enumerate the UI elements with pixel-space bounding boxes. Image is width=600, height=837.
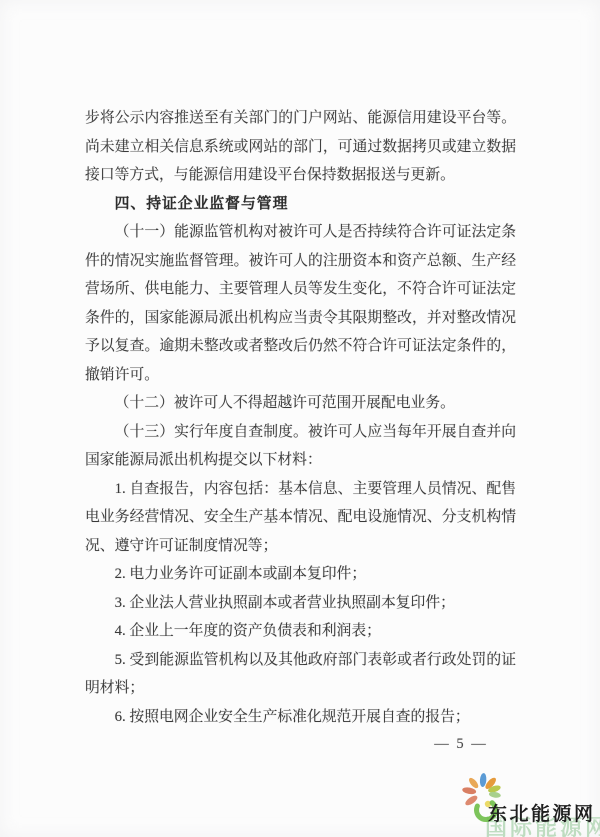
section-heading: 四、持证企业监督与管理: [85, 190, 516, 219]
list-item-6: 6. 按照电网企业安全生产标准化规范开展自查的报告；: [85, 703, 516, 732]
page-number: — 5 —: [425, 736, 497, 753]
list-item-2: 2. 电力业务许可证副本或副本复印件；: [85, 560, 516, 589]
scanned-document-page: 步将公示内容推送至有关部门的门户网站、能源信用建设平台等。尚未建立相关信息系统或…: [0, 0, 600, 837]
list-item-1: 1. 自查报告，内容包括：基本信息、主要管理人员情况、配售电业务经营情况、安全生…: [85, 475, 516, 561]
list-item-3: 3. 企业法人营业执照副本或者营业执照副本复印件；: [85, 589, 516, 618]
watermark-site-name: 东北能源网: [488, 799, 596, 826]
list-item-4: 4. 企业上一年度的资产负债表和利润表；: [85, 617, 516, 646]
paragraph-item-13: （十三）实行年度自查制度。被许可人应当每年开展自查并向国家能源局派出机构提交以下…: [85, 418, 516, 475]
paragraph-item-11: （十一）能源监管机构对被许可人是否持续符合许可证法定条件的情况实施监督管理。被许…: [85, 218, 516, 389]
site-watermark: 国际能源网 东北能源网: [455, 768, 600, 837]
paragraph-item-12: （十二）被许可人不得超越许可范围开展配电业务。: [85, 389, 516, 418]
list-item-5: 5. 受到能源监管机构以及其他政府部门表彰或者行政处罚的证明材料；: [85, 646, 516, 703]
continuation-paragraph: 步将公示内容推送至有关部门的门户网站、能源信用建设平台等。尚未建立相关信息系统或…: [85, 104, 516, 190]
document-body: 步将公示内容推送至有关部门的门户网站、能源信用建设平台等。尚未建立相关信息系统或…: [85, 104, 516, 731]
